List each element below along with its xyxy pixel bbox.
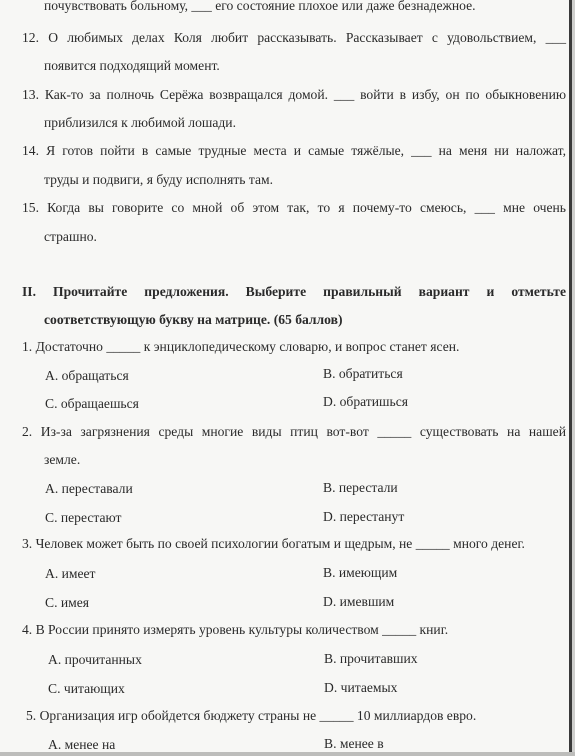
question-3-option-c: C. имея	[45, 595, 89, 611]
question-1-option-d: D. обратишься	[323, 394, 408, 410]
question-5-option-a: A. менее на	[48, 737, 115, 753]
question-5-text: 5. Организация игр обойдется бюджету стр…	[26, 708, 476, 724]
item-15-line2: страшно.	[44, 229, 97, 245]
question-4-option-c: C. читающих	[48, 681, 125, 697]
item-14-line2: труды и подвиги, я буду исполнять там.	[44, 172, 273, 188]
question-3-option-d: D. имевшим	[323, 594, 394, 610]
question-1-text: 1. Достаточно _____ к энциклопедическому…	[22, 339, 459, 355]
question-3-text: 3. Человек может быть по своей психологи…	[22, 536, 525, 552]
question-4-option-d: D. читаемых	[324, 680, 397, 696]
question-2-option-d: D. перестанут	[323, 509, 404, 525]
item-12-line1: 12. О любимых делах Коля любит рассказыв…	[22, 30, 566, 46]
question-5-option-b: B. менее в	[324, 736, 384, 752]
section-2-heading-line1: II. Прочитайте предложения. Выберите пра…	[22, 284, 566, 300]
question-4-text: 4. В России принято измерять уровень кул…	[22, 622, 448, 638]
item-11-continuation: почувствовать больному, ___ его состояни…	[44, 0, 476, 14]
section-2-heading-line2: соответствующую букву на матрице. (65 ба…	[44, 312, 343, 328]
question-3-option-a: A. имеет	[45, 566, 96, 582]
question-4-option-a: A. прочитанных	[48, 652, 142, 668]
question-4-option-b: B. прочитавших	[324, 651, 418, 667]
scanned-page: почувствовать больному, ___ его состояни…	[0, 0, 569, 756]
item-12-line2: появится подходящий момент.	[44, 58, 220, 74]
item-15-line1: 15. Когда вы говорите со мной об этом та…	[22, 200, 566, 216]
question-1-option-b: B. обратиться	[323, 366, 403, 382]
question-2-option-c: C. перестают	[45, 510, 121, 526]
item-13-line2: приблизился к любимой лошади.	[44, 115, 236, 131]
question-2-option-b: B. перестали	[323, 480, 398, 496]
question-3-option-b: B. имеющим	[323, 565, 397, 581]
question-2-text-line1: 2. Из-за загрязнения среды многие виды п…	[22, 424, 566, 440]
question-2-option-a: A. переставали	[45, 481, 133, 497]
item-13-line1: 13. Как-то за полночь Серёжа возвращался…	[22, 87, 566, 103]
item-14-line1: 14. Я готов пойти в самые трудные места …	[22, 143, 566, 159]
question-2-text-line2: земле.	[44, 452, 80, 468]
question-1-option-a: A. обращаться	[45, 368, 129, 384]
question-1-option-c: C. обращаешься	[45, 396, 139, 412]
page-bottom-shadow	[0, 752, 575, 756]
